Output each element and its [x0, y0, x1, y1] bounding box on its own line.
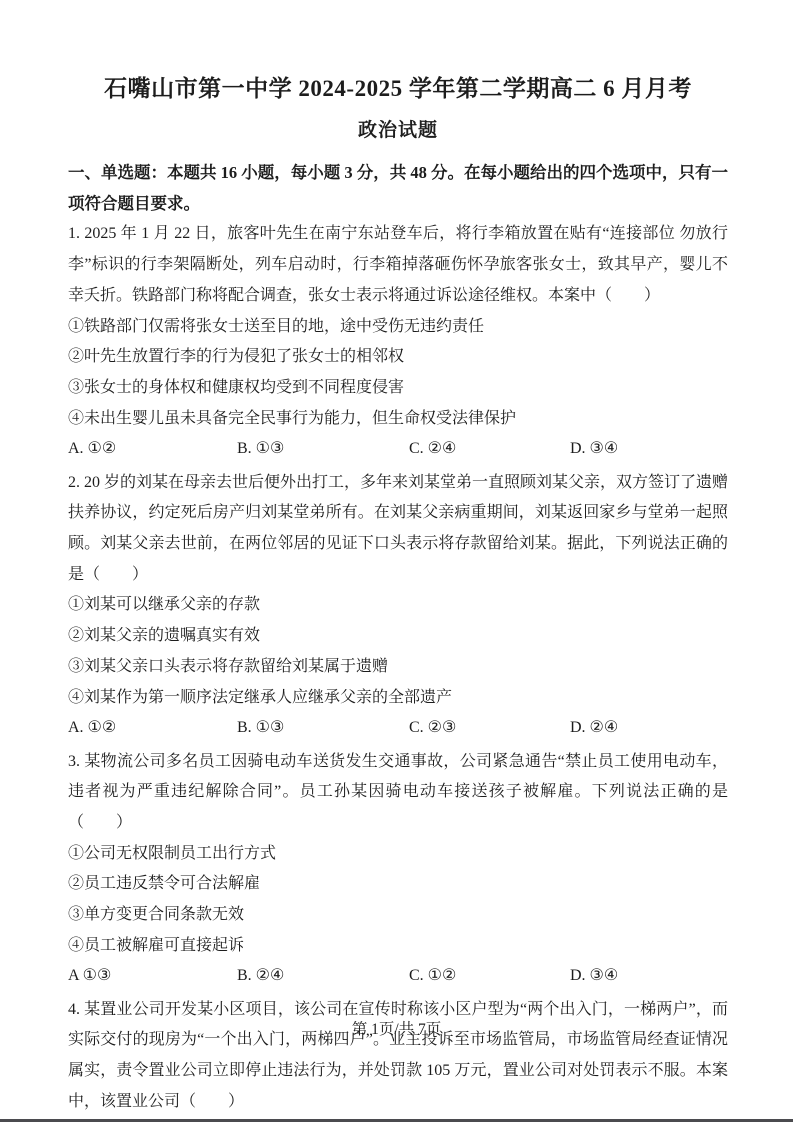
question-2-statement-1: ①刘某可以继承父亲的存款	[68, 590, 728, 621]
question-3-stem: 3. 某物流公司多名员工因骑电动车送货发生交通事故，公司紧急通告“禁止员工使用电…	[68, 747, 728, 839]
question-4: 4. 某置业公司开发某小区项目，该公司在宣传时称该小区户型为“两个出入门，一梯两…	[68, 995, 728, 1118]
question-1: 1. 2025 年 1 月 22 日，旅客叶先生在南宁东站登车后，将行李箱放置在…	[68, 219, 728, 465]
question-2-option-C: C. ②③	[409, 713, 570, 744]
questions-container: 1. 2025 年 1 月 22 日，旅客叶先生在南宁东站登车后，将行李箱放置在…	[68, 219, 728, 1117]
question-2-statement-4: ④刘某作为第一顺序法定继承人应继承父亲的全部遗产	[68, 683, 728, 714]
question-3-option-D: D. ③④	[570, 961, 728, 992]
exam-paper-page: 石嘴山市第一中学 2024-2025 学年第二学期高二 6 月月考 政治试题 一…	[0, 0, 793, 1122]
question-3: 3. 某物流公司多名员工因骑电动车送货发生交通事故，公司紧急通告“禁止员工使用电…	[68, 747, 728, 993]
question-1-statement-2: ②叶先生放置行李的行为侵犯了张女士的相邻权	[68, 342, 728, 373]
question-1-stem: 1. 2025 年 1 月 22 日，旅客叶先生在南宁东站登车后，将行李箱放置在…	[68, 219, 728, 311]
question-4-stem: 4. 某置业公司开发某小区项目，该公司在宣传时称该小区户型为“两个出入门，一梯两…	[68, 995, 728, 1118]
question-2-options-row: A. ①②B. ①③C. ②③D. ②④	[68, 713, 728, 744]
question-3-option-C: C. ①②	[409, 961, 570, 992]
question-2-option-D: D. ②④	[570, 713, 728, 744]
page-number: 第 1页/共 7页	[0, 1019, 793, 1041]
question-2-option-B: B. ①③	[237, 713, 409, 744]
exam-subtitle: 政治试题	[68, 118, 728, 144]
question-1-option-B: B. ①③	[237, 434, 409, 465]
question-2-stem: 2. 20 岁的刘某在母亲去世后便外出打工，多年来刘某堂弟一直照顾刘某父亲，双方…	[68, 468, 728, 591]
exam-title: 石嘴山市第一中学 2024-2025 学年第二学期高二 6 月月考	[68, 74, 728, 104]
question-1-option-A: A. ①②	[68, 434, 237, 465]
question-2-statement-2: ②刘某父亲的遗嘱真实有效	[68, 621, 728, 652]
question-1-statement-1: ①铁路部门仅需将张女士送至目的地，途中受伤无违约责任	[68, 312, 728, 343]
question-2-option-A: A. ①②	[68, 713, 237, 744]
question-2: 2. 20 岁的刘某在母亲去世后便外出打工，多年来刘某堂弟一直照顾刘某父亲，双方…	[68, 468, 728, 744]
question-3-option-B: B. ②④	[237, 961, 409, 992]
question-3-statement-4: ④员工被解雇可直接起诉	[68, 931, 728, 962]
question-1-statement-4: ④未出生婴儿虽未具备完全民事行为能力，但生命权受法律保护	[68, 404, 728, 435]
question-3-option-A: A ①③	[68, 961, 237, 992]
question-3-statement-2: ②员工违反禁令可合法解雇	[68, 869, 728, 900]
question-3-statement-1: ①公司无权限制员工出行方式	[68, 839, 728, 870]
section-heading: 一、单选题：本题共 16 小题，每小题 3 分，共 48 分。在每小题给出的四个…	[68, 158, 728, 219]
question-1-options-row: A. ①②B. ①③C. ②④D. ③④	[68, 434, 728, 465]
question-1-option-C: C. ②④	[409, 434, 570, 465]
question-3-options-row: A ①③B. ②④C. ①②D. ③④	[68, 961, 728, 992]
question-1-statement-3: ③张女士的身体权和健康权均受到不同程度侵害	[68, 373, 728, 404]
question-2-statement-3: ③刘某父亲口头表示将存款留给刘某属于遗赠	[68, 652, 728, 683]
question-3-statement-3: ③单方变更合同条款无效	[68, 900, 728, 931]
page-content: 石嘴山市第一中学 2024-2025 学年第二学期高二 6 月月考 政治试题 一…	[0, 0, 793, 1122]
question-1-option-D: D. ③④	[570, 434, 728, 465]
